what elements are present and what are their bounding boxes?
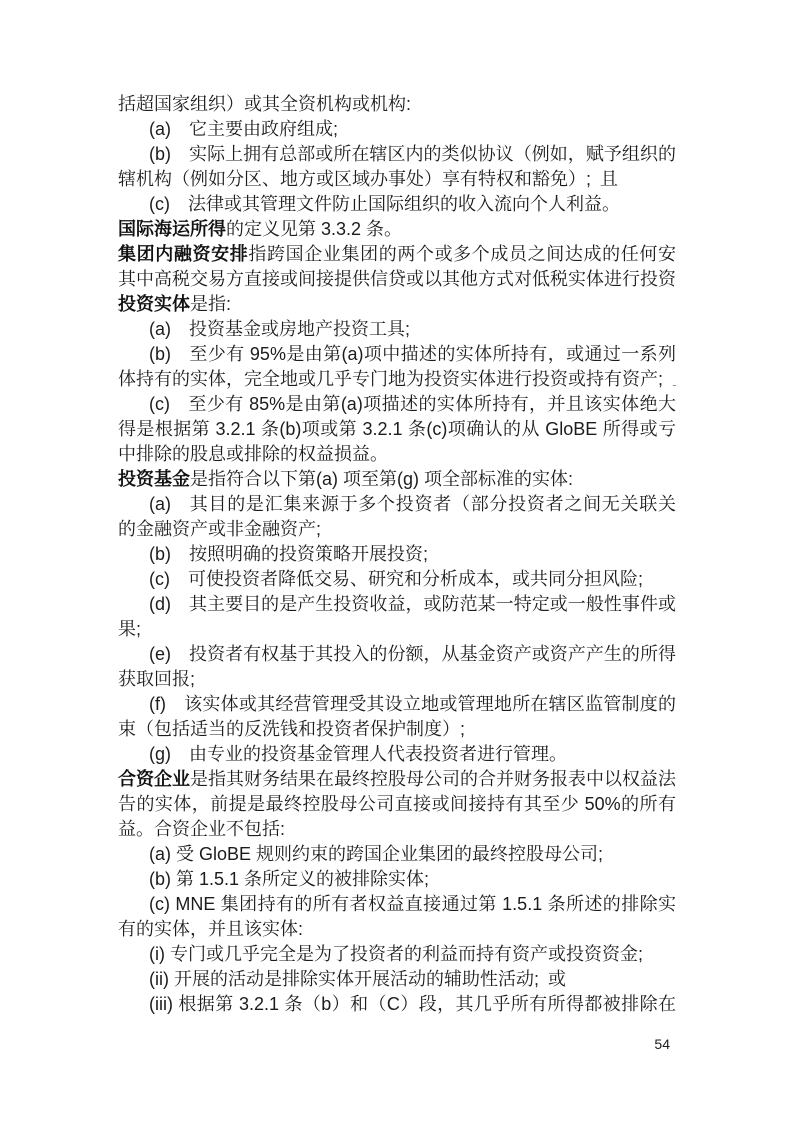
text-line: (b) 第 1.5.1 条所定义的被排除实体; bbox=[118, 867, 676, 892]
text-line: 集团内融资安排指跨国企业集团的两个或多个成员之间达成的任何安排， bbox=[118, 242, 676, 267]
text-segment: (i) 专门或几乎完全是为了投资者的利益而持有资产或投资资金; bbox=[149, 944, 643, 964]
text-segment: 得是根据第 3.2.1 条(b)项或第 3.2.1 条(c)项确认的从 GloB… bbox=[118, 419, 676, 442]
text-segment: 的金融资产或非金融资产; bbox=[118, 519, 321, 539]
text-segment: (a) 其目的是汇集来源于多个投资者（部分投资者之间无关联关系） bbox=[149, 494, 676, 517]
text-line: 益。合资企业不包括: bbox=[118, 817, 676, 842]
text-segment: (c) 至少有 85%是由第(a)项描述的实体所持有，并且该实体绝大部分所 bbox=[149, 394, 676, 417]
text-line: 中排除的股息或排除的权益损益。 bbox=[118, 442, 676, 467]
text-line: (b) 实际上拥有总部或所在辖区内的类似协议（例如，赋予组织的管 bbox=[118, 142, 676, 167]
text-segment: (g) 由专业的投资基金管理人代表投资者进行管理。 bbox=[149, 744, 567, 764]
text-segment: (b) 实际上拥有总部或所在辖区内的类似协议（例如，赋予组织的管 bbox=[149, 144, 676, 167]
text-line: 有的实体，并且该实体: bbox=[118, 917, 676, 942]
text-segment: (b) 按照明确的投资策略开展投资; bbox=[149, 544, 428, 564]
text-line: (b) 按照明确的投资策略开展投资; bbox=[118, 542, 676, 567]
text-segment: 是指符合以下第(a) 项至第(g) 项全部标准的实体: bbox=[190, 469, 573, 489]
text-line: 其中高税交易方直接或间接提供信贷或以其他方式对低税实体进行投资。 bbox=[118, 267, 676, 292]
text-segment: (b) 第 1.5.1 条所定义的被排除实体; bbox=[149, 869, 429, 889]
text-segment: 体持有的实体，完全地或几乎专门地为投资实体进行投资或持有资产; 且 bbox=[118, 369, 676, 389]
text-line: 束（包括适当的反洗钱和投资者保护制度）; bbox=[118, 717, 676, 742]
text-line: (iii) 根据第 3.2.1 条（b）和（C）段，其几乎所有所得都被排除在 G… bbox=[118, 992, 676, 1017]
text-line: (c) MNE 集团持有的所有者权益直接通过第 1.5.1 条所述的排除实体持 bbox=[118, 892, 676, 917]
text-line: (a) 投资基金或房地产投资工具; bbox=[118, 317, 676, 342]
text-segment: (a) 投资基金或房地产投资工具; bbox=[149, 319, 410, 339]
document-page: 括超国家组织）或其全资机构或机构:(a) 它主要由政府组成;(b) 实际上拥有总… bbox=[0, 0, 794, 1123]
text-segment: 是指: bbox=[190, 294, 231, 314]
text-line: 得是根据第 3.2.1 条(b)项或第 3.2.1 条(c)项确认的从 GloB… bbox=[118, 417, 676, 442]
text-segment: (c) 可使投资者降低交易、研究和分析成本，或共同分担风险; bbox=[149, 569, 643, 589]
text-segment: (b) 至少有 95%是由第(a)项中描述的实体所持有，或通过一系列此类实 bbox=[149, 344, 676, 367]
text-line: (a) 受 GloBE 规则约束的跨国企业集团的最终控股母公司; bbox=[118, 842, 676, 867]
text-line: 国际海运所得的定义见第 3.3.2 条。 bbox=[118, 217, 676, 242]
text-line: 果; bbox=[118, 617, 676, 642]
text-line: 获取回报; bbox=[118, 667, 676, 692]
document-body: 括超国家组织）或其全资机构或机构:(a) 它主要由政府组成;(b) 实际上拥有总… bbox=[118, 92, 676, 1017]
text-line: 括超国家组织）或其全资机构或机构: bbox=[118, 92, 676, 117]
text-segment: 中排除的股息或排除的权益损益。 bbox=[118, 444, 388, 464]
text-line: (b) 至少有 95%是由第(a)项中描述的实体所持有，或通过一系列此类实 bbox=[118, 342, 676, 367]
text-segment: (a) 它主要由政府组成; bbox=[149, 119, 338, 139]
defined-term: 集团内融资安排 bbox=[118, 244, 248, 264]
text-segment: (a) 受 GloBE 规则约束的跨国企业集团的最终控股母公司; bbox=[149, 844, 603, 864]
text-line: 投资基金是指符合以下第(a) 项至第(g) 项全部标准的实体: bbox=[118, 467, 676, 492]
text-segment: (e) 投资者有权基于其投入的份额，从基金资产或资产产生的所得中 bbox=[149, 644, 676, 667]
text-line: (g) 由专业的投资基金管理人代表投资者进行管理。 bbox=[118, 742, 676, 767]
text-segment: (f) 该实体或其经营管理受其设立地或管理地所在辖区监管制度的约 bbox=[149, 694, 676, 717]
text-segment: (ii) 开展的活动是排除实体开展活动的辅助性活动; 或 bbox=[149, 969, 566, 989]
text-segment: 益。合资企业不包括: bbox=[118, 819, 285, 839]
text-line: (d) 其主要目的是产生投资收益，或防范某一特定或一般性事件或结 bbox=[118, 592, 676, 617]
defined-term: 合资企业 bbox=[118, 769, 190, 789]
text-line: 投资实体是指: bbox=[118, 292, 676, 317]
text-segment: 是指其财务结果在最终控股母公司的合并财务报表中以权益法报 bbox=[118, 769, 676, 792]
text-segment: 获取回报; bbox=[118, 669, 195, 689]
text-segment: (iii) 根据第 3.2.1 条（b）和（C）段，其几乎所有所得都被排除在 G… bbox=[149, 994, 676, 1017]
text-line: 告的实体，前提是最终控股母公司直接或间接持有其至少 50%的所有权权 bbox=[118, 792, 676, 817]
text-segment: 告的实体，前提是最终控股母公司直接或间接持有其至少 50%的所有权权 bbox=[118, 794, 676, 817]
text-segment: 果; bbox=[118, 619, 141, 639]
text-line: (c) 至少有 85%是由第(a)项描述的实体所持有，并且该实体绝大部分所 bbox=[118, 392, 676, 417]
text-line: (a) 它主要由政府组成; bbox=[118, 117, 676, 142]
text-line: 体持有的实体，完全地或几乎专门地为投资实体进行投资或持有资产; 且 bbox=[118, 367, 676, 392]
defined-term: 投资实体 bbox=[118, 294, 190, 314]
text-line: (c) 法律或其管理文件防止国际组织的收入流向个人利益。 bbox=[118, 192, 676, 217]
defined-term: 投资基金 bbox=[118, 469, 190, 489]
text-segment: 括超国家组织）或其全资机构或机构: bbox=[118, 94, 411, 114]
text-line: 合资企业是指其财务结果在最终控股母公司的合并财务报表中以权益法报 bbox=[118, 767, 676, 792]
text-segment: 其中高税交易方直接或间接提供信贷或以其他方式对低税实体进行投资。 bbox=[118, 269, 676, 289]
text-line: (c) 可使投资者降低交易、研究和分析成本，或共同分担风险; bbox=[118, 567, 676, 592]
text-segment: 束（包括适当的反洗钱和投资者保护制度）; bbox=[118, 719, 465, 739]
page-number: 54 bbox=[118, 1034, 670, 1054]
text-line: 辖机构（例如分区、地方或区域办事处）享有特权和豁免）; 且 bbox=[118, 167, 676, 192]
text-segment: (d) 其主要目的是产生投资收益，或防范某一特定或一般性事件或结 bbox=[149, 594, 676, 617]
text-segment: (c) MNE 集团持有的所有者权益直接通过第 1.5.1 条所述的排除实体持 bbox=[149, 894, 676, 917]
text-line: (ii) 开展的活动是排除实体开展活动的辅助性活动; 或 bbox=[118, 967, 676, 992]
text-segment: (c) 法律或其管理文件防止国际组织的收入流向个人利益。 bbox=[149, 194, 620, 214]
text-segment: 辖机构（例如分区、地方或区域办事处）享有特权和豁免）; 且 bbox=[118, 169, 618, 189]
text-segment: 的定义见第 3.3.2 条。 bbox=[226, 219, 402, 239]
text-line: (f) 该实体或其经营管理受其设立地或管理地所在辖区监管制度的约 bbox=[118, 692, 676, 717]
text-line: (e) 投资者有权基于其投入的份额，从基金资产或资产产生的所得中 bbox=[118, 642, 676, 667]
text-line: 的金融资产或非金融资产; bbox=[118, 517, 676, 542]
text-line: (i) 专门或几乎完全是为了投资者的利益而持有资产或投资资金; bbox=[118, 942, 676, 967]
text-line: (a) 其目的是汇集来源于多个投资者（部分投资者之间无关联关系） bbox=[118, 492, 676, 517]
defined-term: 国际海运所得 bbox=[118, 219, 226, 239]
text-segment: 有的实体，并且该实体: bbox=[118, 919, 303, 939]
